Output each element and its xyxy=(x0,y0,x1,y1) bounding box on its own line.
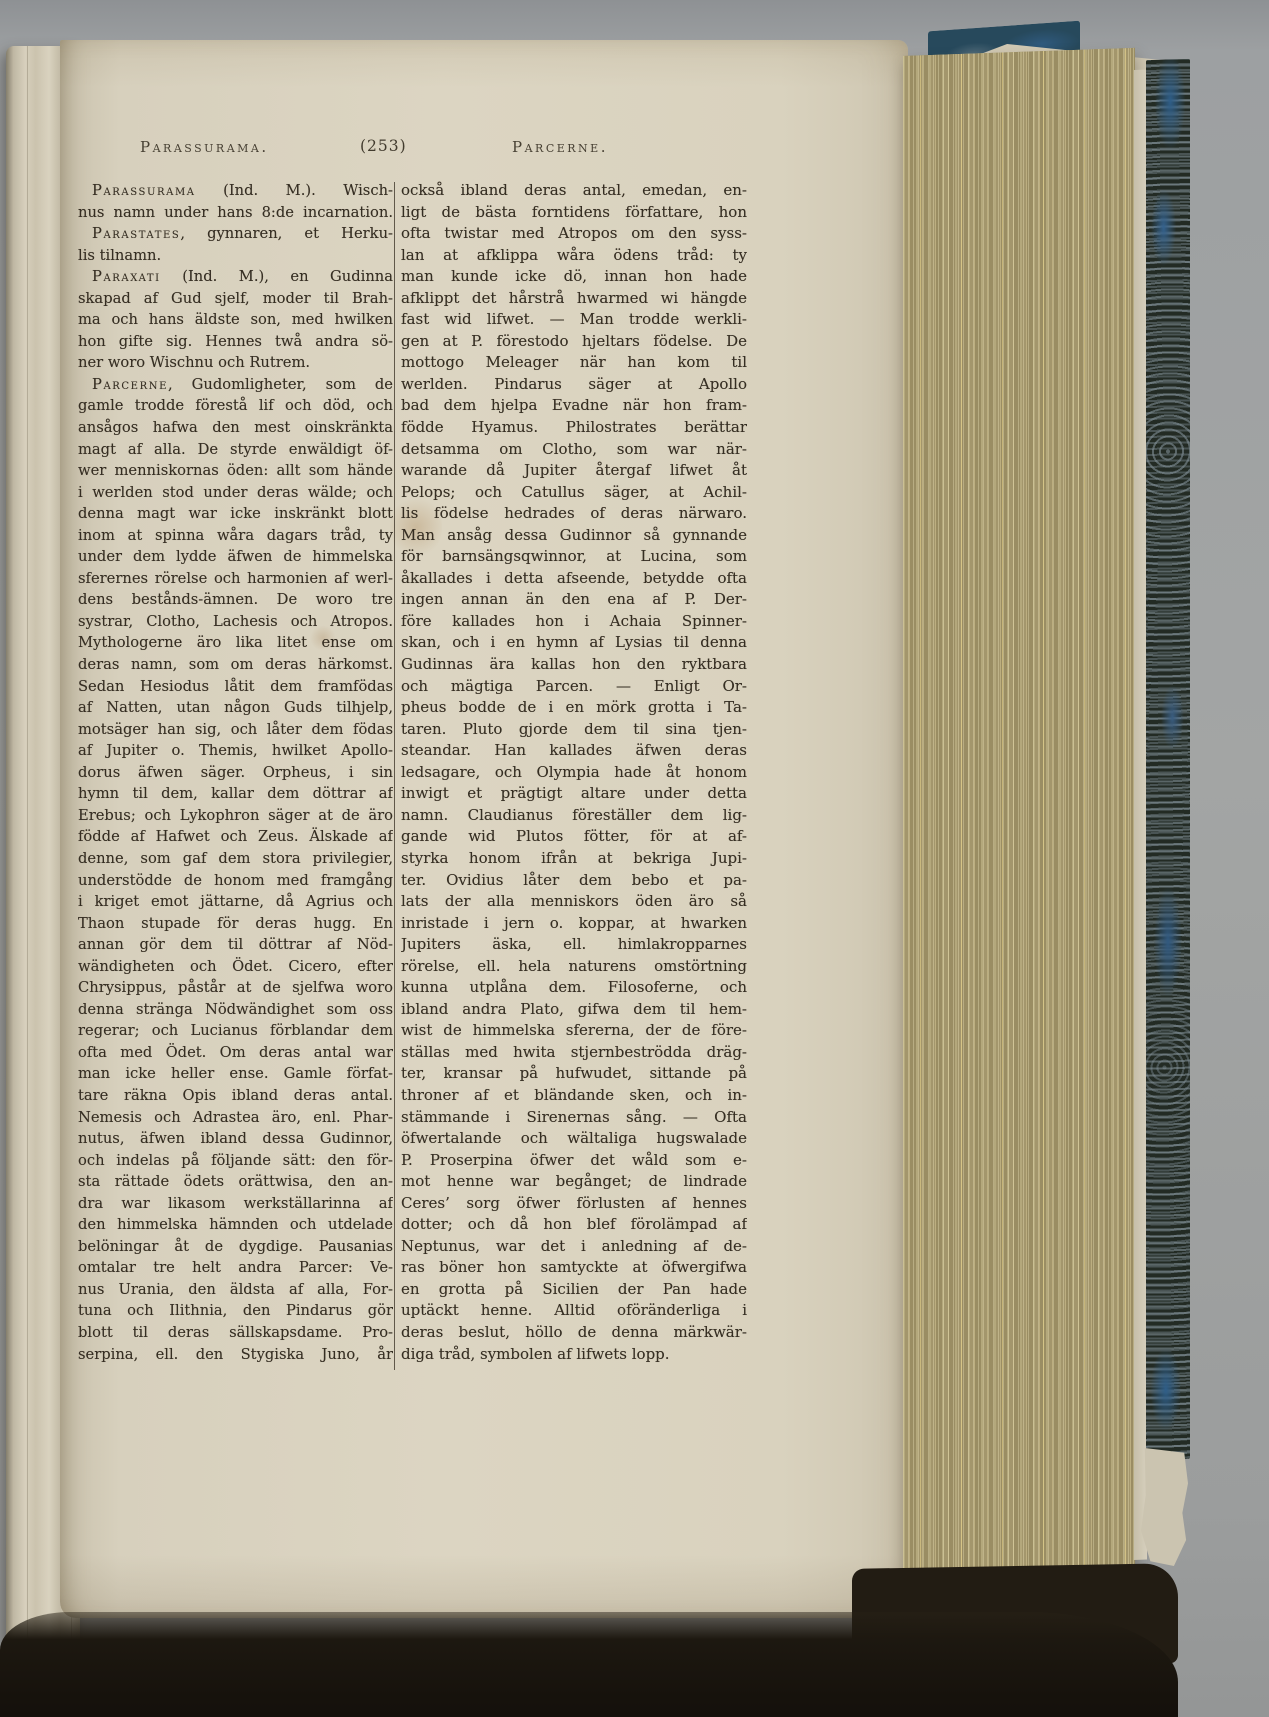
text-line: ras böner hon samtyckte at öfwergifwa xyxy=(401,1257,747,1279)
text-line: Nemesis och Adrastea äro, enl. Phar- xyxy=(78,1107,393,1129)
text-line: mot henne war begånget; de lindrade xyxy=(401,1171,747,1193)
text-line: mottogo Meleager när han kom til xyxy=(401,352,747,374)
text-line: motsäger han sig, och låter dem födas xyxy=(78,719,393,741)
text-line: också ibland deras antal, emedan, en- xyxy=(401,180,747,202)
text-line: ställas med hwita stjernbeströdda dräg- xyxy=(401,1042,747,1064)
text-line: Mythologerne äro lika litet ense om xyxy=(78,632,393,654)
text-line: namn. Claudianus föreställer dem lig- xyxy=(401,805,747,827)
entry-headword: Paraxati xyxy=(92,268,161,285)
text-line: Man ansåg dessa Gudinnor så gynnande xyxy=(401,525,747,547)
text-line: Parastates, gynnaren, et Herku- xyxy=(78,223,393,245)
running-header-right: Parcerne. xyxy=(512,138,608,156)
marbled-cover-edge xyxy=(1146,59,1190,1460)
text-line: wändigheten och Ödet. Cicero, efter xyxy=(78,956,393,978)
text-line: detsamma om Clotho, som war när- xyxy=(401,439,747,461)
text-line: före kallades hon i Achaia Spinner- xyxy=(401,611,747,633)
text-line: pheus bodde de i en mörk grotta i Ta- xyxy=(401,697,747,719)
text-line: dotter; och då hon blef förolämpad af xyxy=(401,1214,747,1236)
text-line: Ceres’ sorg öfwer förlusten af hennes xyxy=(401,1193,747,1215)
text-line: fast wid lifwet. — Man trodde werkli- xyxy=(401,309,747,331)
text-line: Jupiters äska, ell. himlakropparnes xyxy=(401,934,747,956)
text-line: kunna utplåna dem. Filosoferne, och xyxy=(401,977,747,999)
text-line: magt af alla. De styrde enwäldigt öf- xyxy=(78,439,393,461)
text-line: werlden. Pindarus säger at Apollo xyxy=(401,374,747,396)
running-header-left: Parassurama. xyxy=(140,138,269,156)
text-line: deras namn, som om deras härkomst. xyxy=(78,654,393,676)
text-line: diga tråd, symbolen af lifwets lopp. xyxy=(401,1344,747,1366)
text-line: denna stränga Nödwändighet som oss xyxy=(78,999,393,1021)
text-line: Thaon stupade för deras hugg. En xyxy=(78,913,393,935)
text-line: lats der alla menniskors öden äro så xyxy=(401,891,747,913)
text-line: annan gör dem til döttrar af Nöd- xyxy=(78,934,393,956)
text-line: blott til deras sällskapsdame. Pro- xyxy=(78,1322,393,1344)
text-line: P. Proserpina öfwer det wåld som e- xyxy=(401,1150,747,1172)
text-line: wist de himmelska sfererna, der de före- xyxy=(401,1020,747,1042)
right-column: också ibland deras antal, emedan, en-lig… xyxy=(401,180,747,1365)
text-line: steandar. Han kallades äfwen deras xyxy=(401,740,747,762)
text-line: rörelse, ell. hela naturens omstörtning xyxy=(401,956,747,978)
text-line: ligt de bästa forntidens författare, hon xyxy=(401,202,747,224)
text-line: dra war likasom werkställarinna af xyxy=(78,1193,393,1215)
text-line: Gudinnas ära kallas hon den ryktbara xyxy=(401,654,747,676)
text-line: den himmelska hämnden och utdelade xyxy=(78,1214,393,1236)
text-line: systrar, Clotho, Lachesis och Atropos. xyxy=(78,611,393,633)
text-line: deras beslut, höllo de denna märkwär- xyxy=(401,1322,747,1344)
text-line: ledsagare, och Olympia hade åt honom xyxy=(401,762,747,784)
entry-headword: Parassurama xyxy=(92,182,196,199)
text-line: belöningar åt de dygdige. Pausanias xyxy=(78,1236,393,1258)
text-line: Parcerne, Gudomligheter, som de xyxy=(78,374,393,396)
entry-headword: Parastates xyxy=(92,225,180,242)
text-line: dorus äfwen säger. Orpheus, i sin xyxy=(78,762,393,784)
text-line: lis tilnamn. xyxy=(78,245,393,267)
text-line: födde Hyamus. Philostrates berättar xyxy=(401,417,747,439)
text-line: uptäckt henne. Alltid oföränderliga i xyxy=(401,1300,747,1322)
text-line: och mägtiga Parcen. — Enligt Or- xyxy=(401,676,747,698)
text-line: nus namn under hans 8:de incarnation. xyxy=(78,202,393,224)
text-line: wer menniskornas öden: allt som hände xyxy=(78,460,393,482)
text-line: Paraxati (Ind. M.), en Gudinna xyxy=(78,266,393,288)
text-line: omtalar tre helt andra Parcer: Ve- xyxy=(78,1257,393,1279)
text-line: taren. Pluto gjorde dem til sina tjen- xyxy=(401,719,747,741)
text-line: Neptunus, war det i anledning af de- xyxy=(401,1236,747,1258)
text-line: sferernes rörelse och harmonien af werl- xyxy=(78,568,393,590)
text-line: tare räkna Opis ibland deras antal. xyxy=(78,1085,393,1107)
text-line: ibland andra Plato, gifwa dem til hem- xyxy=(401,999,747,1021)
text-line: regerar; och Lucianus förblandar dem xyxy=(78,1020,393,1042)
text-line: tuna och Ilithnia, den Pindarus gör xyxy=(78,1300,393,1322)
text-line: man icke heller ense. Gamle förfat- xyxy=(78,1063,393,1085)
text-line: inristade i jern o. koppar, at hwarken xyxy=(401,913,747,935)
text-line: serpina, ell. den Stygiska Juno, år xyxy=(78,1344,393,1366)
text-line: skan, och i en hymn af Lysias til denna xyxy=(401,632,747,654)
text-line: Pelops; och Catullus säger, at Achil- xyxy=(401,482,747,504)
text-line: öfwertalande och wältaliga hugswalade xyxy=(401,1128,747,1150)
text-line: warande då Jupiter återgaf lifwet åt xyxy=(401,460,747,482)
column-divider-rule xyxy=(394,182,395,1370)
text-line: och indelas på följande sätt: den för- xyxy=(78,1150,393,1172)
text-line: af Jupiter o. Themis, hwilket Apollo- xyxy=(78,740,393,762)
text-line: Parassurama (Ind. M.). Wisch- xyxy=(78,180,393,202)
text-line: ner woro Wischnu och Rutrem. xyxy=(78,352,393,374)
text-line: i kriget emot jättarne, då Agrius och xyxy=(78,891,393,913)
text-line: inwigt et prägtigt altare under detta xyxy=(401,783,747,805)
text-line: skapad af Gud sjelf, moder til Brah- xyxy=(78,288,393,310)
text-line: hon gifte sig. Hennes twå andra sö- xyxy=(78,331,393,353)
text-line: inom at spinna wåra dagars tråd, ty xyxy=(78,525,393,547)
entry-headword: Parcerne xyxy=(92,376,168,393)
text-line: throner af et bländande sken, och in- xyxy=(401,1085,747,1107)
text-line: en grotta på Sicilien der Pan hade xyxy=(401,1279,747,1301)
text-line: födde af Hafwet och Zeus. Älskade af xyxy=(78,826,393,848)
text-line: ter, kransar på hufwudet, sittande på xyxy=(401,1063,747,1085)
text-line: nutus, äfwen ibland dessa Gudinnor, xyxy=(78,1128,393,1150)
text-line: understödde de honom med framgång xyxy=(78,870,393,892)
text-line: gamle trodde förestå lif och död, och xyxy=(78,395,393,417)
text-line: ofta med Ödet. Om deras antal war xyxy=(78,1042,393,1064)
text-line: sta rättade ödets orättwisa, den an- xyxy=(78,1171,393,1193)
text-line: ingen annan än den ena af P. Der- xyxy=(401,589,747,611)
page-content: Parassurama. (253) Parcerne. Parassurama… xyxy=(60,40,908,1618)
text-line: denne, som gaf dem stora privilegier, xyxy=(78,848,393,870)
left-column: Parassurama (Ind. M.). Wisch-nus namn un… xyxy=(78,180,393,1365)
text-line: gande wid Plutos fötter, för at af- xyxy=(401,826,747,848)
text-line: af Natten, utan någon Guds tilhjelp, xyxy=(78,697,393,719)
text-line: hymn til dem, kallar dem döttrar af xyxy=(78,783,393,805)
fore-edge-page-block xyxy=(903,48,1135,1596)
text-line: ma och hans äldste son, med hwilken xyxy=(78,309,393,331)
page-number: (253) xyxy=(360,137,407,155)
text-line: Sedan Hesiodus låtit dem framfödas xyxy=(78,676,393,698)
text-line: Erebus; och Lykophron säger at de äro xyxy=(78,805,393,827)
text-line: ter. Ovidius låter dem bebo et pa- xyxy=(401,870,747,892)
text-line: dens bestånds-ämnen. De woro tre xyxy=(78,589,393,611)
text-line: lis födelse hedrades of deras närwaro. xyxy=(401,503,747,525)
table-shadow xyxy=(0,1612,1178,1717)
text-line: styrka honom ifrån at bekriga Jupi- xyxy=(401,848,747,870)
text-line: lan at afklippa wåra ödens tråd: ty xyxy=(401,245,747,267)
text-line: ansågos hafwa den mest oinskränkta xyxy=(78,417,393,439)
text-line: denna magt war icke inskränkt blott xyxy=(78,503,393,525)
text-line: gen at P. förestodo hjeltars födelse. De xyxy=(401,331,747,353)
text-line: nus Urania, den äldsta af alla, For- xyxy=(78,1279,393,1301)
text-line: Chrysippus, påstår at de sjelfwa woro xyxy=(78,977,393,999)
text-line: åkallades i detta afseende, betydde ofta xyxy=(401,568,747,590)
text-line: bad dem hjelpa Evadne när hon fram- xyxy=(401,395,747,417)
text-line: ofta twistar med Atropos om den syss- xyxy=(401,223,747,245)
text-line: under dem lydde äfwen de himmelska xyxy=(78,546,393,568)
text-line: man kunde icke dö, innan hon hade xyxy=(401,266,747,288)
text-line: stämmande i Sirenernas sång. — Ofta xyxy=(401,1107,747,1129)
text-line: för barnsängsqwinnor, at Lucina, som xyxy=(401,546,747,568)
text-line: afklippt det hårstrå hwarmed wi hängde xyxy=(401,288,747,310)
text-line: i werlden stod under deras wälde; och xyxy=(78,482,393,504)
worn-cover-paper xyxy=(1141,1448,1188,1566)
